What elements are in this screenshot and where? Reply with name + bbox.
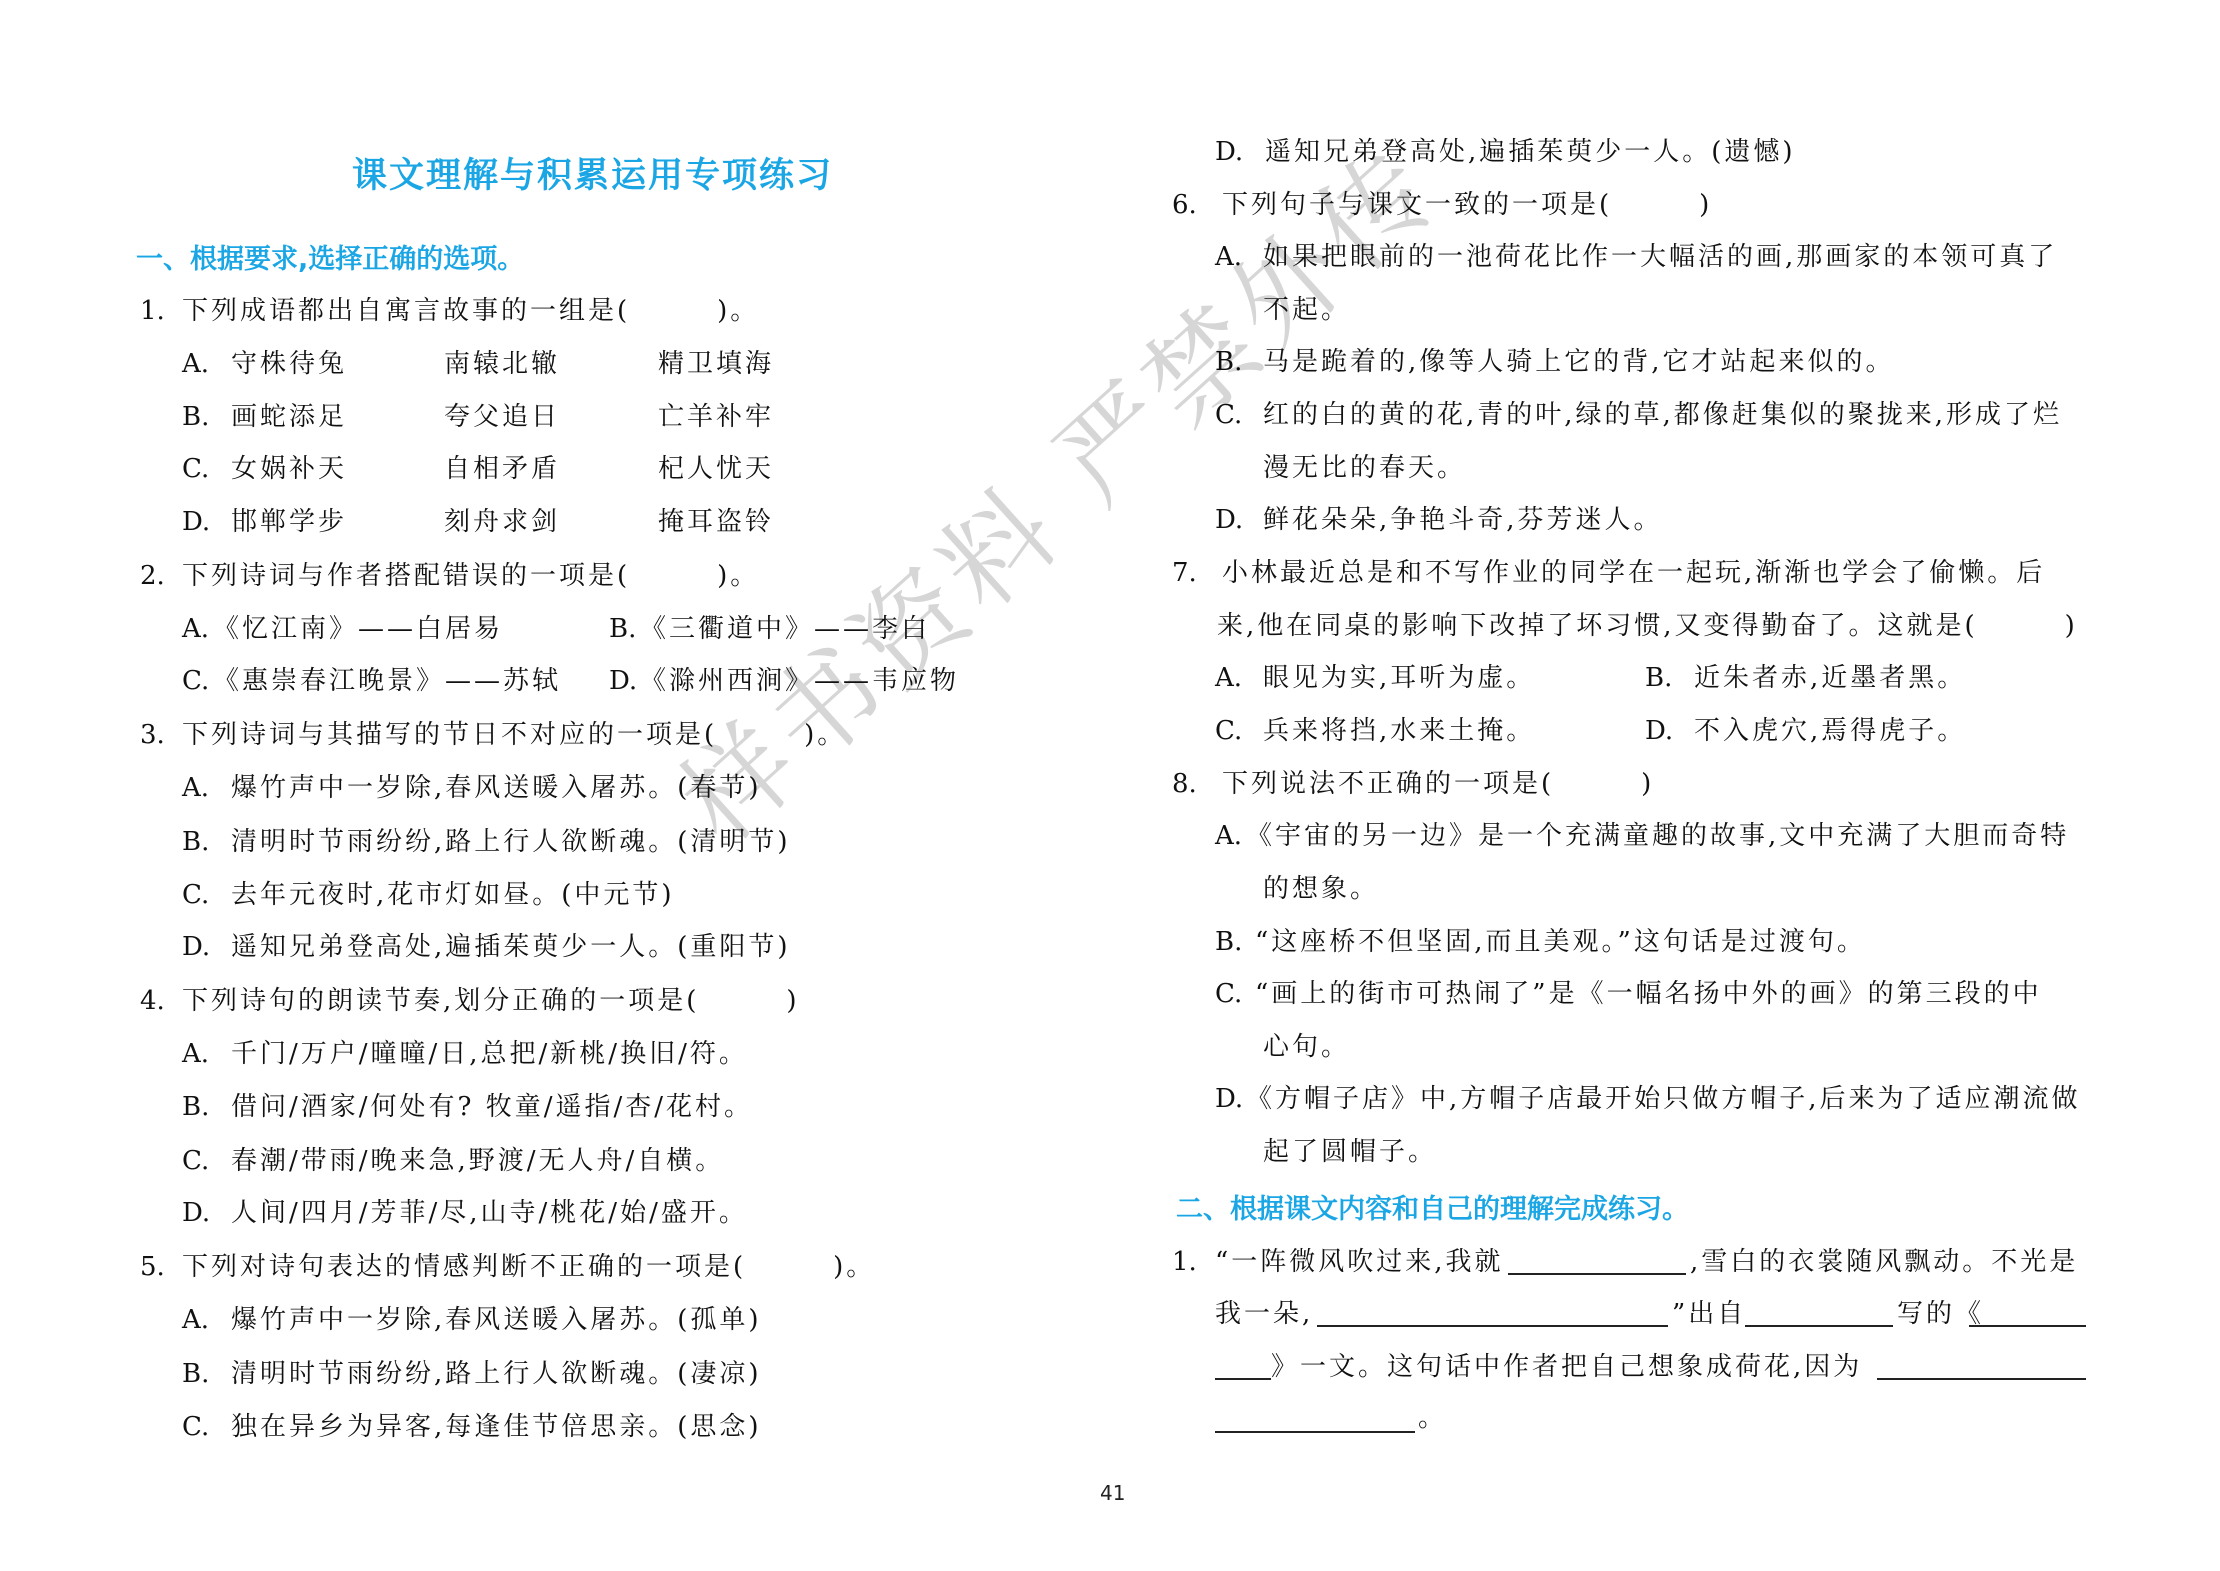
- option-text: 爆竹声中一岁除,春风送暖入屠苏。(孤单): [231, 1303, 762, 1337]
- option-letter: A.: [182, 347, 209, 381]
- option-idiom: 精卫填海: [658, 347, 774, 381]
- section-2-heading: 二、根据课文内容和自己的理解完成练习。: [1176, 1192, 1689, 1228]
- answer-blank[interactable]: [1877, 1352, 2086, 1380]
- option-letter: B.: [1215, 925, 1242, 959]
- answer-blank[interactable]: [1508, 1247, 1686, 1275]
- option-idiom: 女娲补天: [231, 452, 347, 486]
- option-idiom: 刻舟求剑: [444, 505, 560, 539]
- option-letter: C.: [182, 1144, 209, 1178]
- option-letter: C.: [182, 878, 209, 912]
- question-text: 我一朵,: [1215, 1297, 1313, 1331]
- option-text: 清明时节雨纷纷,路上行人欲断魂。(清明节): [231, 825, 791, 859]
- option-text-cont: 不起。: [1263, 293, 1350, 327]
- question-number: 7.: [1172, 556, 1197, 590]
- option-idiom: 邯郸学步: [231, 505, 347, 539]
- option-text: 《三衢道中》——李白: [640, 612, 930, 646]
- option-letter: B.: [1215, 345, 1242, 379]
- option-text: 千门/万户/曈曈/日,总把/新桃/换旧/符。: [231, 1037, 748, 1071]
- option-text-cont: 漫无比的春天。: [1263, 451, 1466, 485]
- answer-blank[interactable]: [1969, 1299, 2086, 1327]
- option-idiom: 亡羊补牢: [658, 400, 774, 434]
- question-stem: 下列句子与课文一致的一项是( ): [1222, 188, 1712, 222]
- option-letter: D.: [182, 1196, 210, 1230]
- option-letter: C.: [182, 1410, 209, 1444]
- option-text: 近朱者赤,近墨者黑。: [1694, 661, 1966, 695]
- option-text: 眼见为实,耳听为虚。: [1263, 661, 1535, 695]
- option-letter: A.: [1215, 661, 1242, 695]
- option-letter: D.: [1215, 503, 1243, 537]
- question-number: 1.: [1172, 1245, 1197, 1279]
- question-stem: 下列诗词与作者搭配错误的一项是( )。: [182, 559, 759, 593]
- question-stem: 下列成语都出自寓言故事的一组是( )。: [182, 294, 759, 328]
- question-stem: 下列说法不正确的一项是( ): [1222, 767, 1654, 801]
- page-title: 课文理解与积累运用专项练习: [352, 154, 842, 198]
- option-letter: C.: [1215, 977, 1242, 1011]
- option-letter: B.: [609, 612, 636, 646]
- option-letter: B.: [1645, 661, 1672, 695]
- option-text: 不入虎穴,焉得虎子。: [1694, 714, 1966, 748]
- option-letter: C.: [1215, 714, 1242, 748]
- option-text: 遥知兄弟登高处,遍插茱萸少一人。(遗憾): [1265, 135, 1796, 169]
- option-idiom: 杞人忧天: [658, 452, 774, 486]
- page-number: 41: [1100, 1480, 1125, 1506]
- option-letter: B.: [182, 825, 209, 859]
- question-number: 1.: [140, 294, 165, 328]
- question-number: 6.: [1172, 188, 1197, 222]
- workbook-page: 样书资料 严禁外传 课文理解与积累运用专项练习 一、根据要求,选择正确的选项。 …: [0, 0, 2220, 1571]
- question-stem: 下列对诗句表达的情感判断不正确的一项是( )。: [182, 1250, 875, 1284]
- answer-blank[interactable]: [1215, 1352, 1271, 1380]
- option-text: 春潮/带雨/晚来急,野渡/无人舟/自横。: [231, 1144, 724, 1178]
- option-text: “画上的街市可热闹了”是《一幅名扬中外的画》的第三段的中: [1255, 977, 2042, 1011]
- option-text: 独在异乡为异客,每逢佳节倍思亲。(思念): [231, 1410, 762, 1444]
- option-letter: D.: [1645, 714, 1673, 748]
- option-text: 借问/酒家/何处有? 牧童/遥指/杏/花村。: [231, 1090, 753, 1124]
- option-text: 《方帽子店》中,方帽子店最开始只做方帽子,后来为了适应潮流做: [1246, 1082, 2081, 1116]
- option-idiom: 画蛇添足: [231, 400, 347, 434]
- question-text: 。: [1418, 1401, 1447, 1435]
- answer-blank[interactable]: [1215, 1405, 1415, 1433]
- option-letter: B.: [182, 400, 209, 434]
- option-text: 马是跪着的,像等人骑上它的背,它才站起来似的。: [1263, 345, 1895, 379]
- option-text: 去年元夜时,花市灯如昼。(中元节): [231, 878, 675, 912]
- option-letter: A.: [182, 612, 209, 646]
- question-stem: 下列诗句的朗读节奏,划分正确的一项是( ): [182, 984, 800, 1018]
- question-number: 2.: [140, 559, 165, 593]
- option-text: 《忆江南》——白居易: [213, 612, 503, 646]
- answer-blank[interactable]: [1317, 1299, 1668, 1327]
- option-letter: D.: [182, 930, 210, 964]
- option-text: 《滁州西涧》——韦应物: [640, 664, 959, 698]
- question-number: 8.: [1172, 767, 1197, 801]
- option-letter: C.: [182, 664, 209, 698]
- option-letter: A.: [1215, 819, 1242, 853]
- option-text: 爆竹声中一岁除,春风送暖入屠苏。(春节): [231, 771, 762, 805]
- option-letter: C.: [1215, 398, 1242, 432]
- option-text-cont: 心句。: [1263, 1030, 1350, 1064]
- option-letter: A.: [182, 1037, 209, 1071]
- question-stem: 下列诗词与其描写的节日不对应的一项是( )。: [182, 718, 846, 752]
- option-letter: A.: [182, 1303, 209, 1337]
- option-text: 清明时节雨纷纷,路上行人欲断魂。(凄凉): [231, 1357, 762, 1391]
- question-stem: 小林最近总是和不写作业的同学在一起玩,渐渐也学会了偷懒。后: [1222, 556, 2045, 590]
- option-letter: D.: [1215, 135, 1243, 169]
- option-text-cont: 的想象。: [1263, 872, 1379, 906]
- answer-blank[interactable]: [1745, 1299, 1893, 1327]
- option-letter: B.: [182, 1357, 209, 1391]
- section-1-heading: 一、根据要求,选择正确的选项。: [136, 242, 524, 278]
- question-text: 》一文。这句话中作者把自己想象成荷花,因为: [1271, 1350, 1862, 1384]
- question-number: 4.: [140, 984, 165, 1018]
- option-idiom: 自相矛盾: [444, 452, 560, 486]
- option-text: 遥知兄弟登高处,遍插茱萸少一人。(重阳节): [231, 930, 791, 964]
- option-letter: C.: [182, 452, 209, 486]
- option-text: 如果把眼前的一池荷花比作一大幅活的画,那画家的本领可真了: [1263, 240, 2057, 274]
- option-text: 《惠崇春江晚景》——苏轼: [213, 664, 561, 698]
- option-text-cont: 起了圆帽子。: [1263, 1135, 1437, 1169]
- option-text: 人间/四月/芳菲/尽,山寺/桃花/始/盛开。: [231, 1196, 748, 1230]
- question-stem-cont: 来,他在同桌的影响下改掉了坏习惯,又变得勤奋了。这就是( ): [1217, 609, 2078, 643]
- option-letter: D.: [1215, 1082, 1243, 1116]
- question-number: 5.: [140, 1250, 165, 1284]
- option-idiom: 夸父追日: [444, 400, 560, 434]
- option-text: “这座桥不但坚固,而且美观。”这句话是过渡句。: [1255, 925, 1866, 959]
- option-text: 《宇宙的另一边》是一个充满童趣的故事,文中充满了大胆而奇特: [1246, 819, 2069, 853]
- option-letter: D.: [182, 505, 210, 539]
- question-number: 3.: [140, 718, 165, 752]
- option-text: 鲜花朵朵,争艳斗奇,芬芳迷人。: [1263, 503, 1663, 537]
- watermark: 样书资料 严禁外传: [660, 126, 1461, 864]
- question-text: ”出自: [1672, 1297, 1746, 1331]
- question-text: “一阵微风吹过来,我就: [1215, 1245, 1504, 1279]
- option-idiom: 南辕北辙: [444, 347, 560, 381]
- option-letter: A.: [1215, 240, 1242, 274]
- option-text: 红的白的黄的花,青的叶,绿的草,都像赶集似的聚拢来,形成了烂: [1263, 398, 2062, 432]
- option-idiom: 守株待兔: [231, 347, 347, 381]
- question-text: ,雪白的衣裳随风飘动。不光是: [1690, 1245, 2078, 1279]
- option-idiom: 掩耳盗铃: [658, 505, 774, 539]
- option-letter: A.: [182, 771, 209, 805]
- option-letter: B.: [182, 1090, 209, 1124]
- option-letter: D.: [609, 664, 637, 698]
- option-text: 兵来将挡,水来土掩。: [1263, 714, 1535, 748]
